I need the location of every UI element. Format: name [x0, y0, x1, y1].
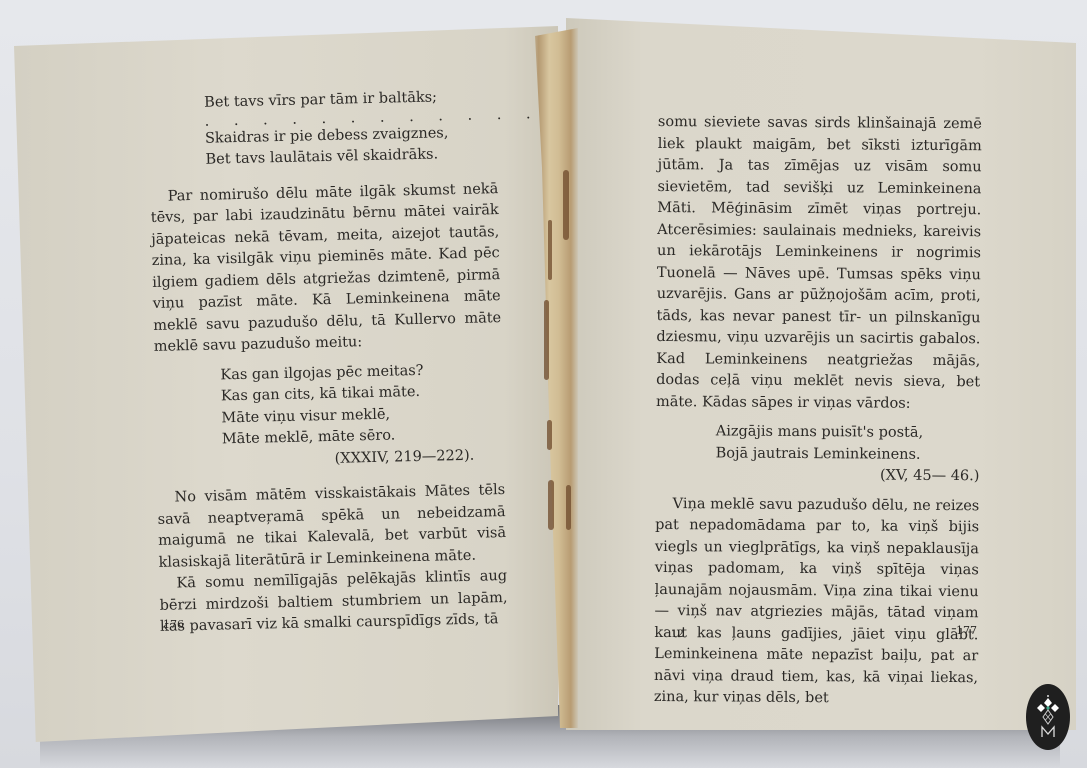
page-number-right: 177: [956, 624, 977, 637]
paragraph-text: Viņa meklē savu pazudušo dēlu, ne reizes…: [654, 493, 979, 710]
page-number-left: 176: [163, 618, 184, 631]
watermark-badge: [1026, 684, 1070, 750]
spine-stain: [563, 170, 569, 240]
signature-mark: 12: [671, 629, 684, 640]
paragraph-text: No visām mātēm visskaistākais Mātes tēls…: [157, 480, 507, 574]
paragraph: Par nomirušo dēlu māte ilgāk skumst nekā…: [150, 179, 502, 359]
paragraph-text: somu sieviete savas sirds klinšainajā ze…: [656, 112, 982, 415]
paragraph: No visām mātēm visskaistākais Mātes tēls…: [157, 480, 508, 638]
verse-top: Bet tavs vīrs par tām ir baltāks; . . . …: [148, 86, 498, 172]
paragraph: Viņa meklē savu pazudušo dēlu, ne reizes…: [654, 493, 979, 710]
spine-stain: [548, 480, 554, 530]
spine-stain: [544, 300, 549, 380]
verse-line: Aizgājis mans puisīt's postā,: [716, 421, 980, 444]
flower-diamond-m-logo-icon: [1033, 693, 1063, 741]
left-page-text: Bet tavs vīrs par tām ir baltāks; . . . …: [148, 86, 508, 638]
verse: Aizgājis mans puisīt's postā, Bojā jautr…: [656, 421, 980, 466]
spine-stain: [566, 485, 571, 530]
verse-middle: Kas gan ilgojas pēc meitas? Kas gan cits…: [154, 359, 504, 453]
paragraph: somu sieviete savas sirds klinšainajā ze…: [656, 112, 982, 415]
paragraph-text: Kā somu nemīlīgajās pelēkajās klintīs au…: [159, 566, 508, 638]
paragraph-text: Par nomirušo dēlu māte ilgāk skumst nekā…: [150, 179, 502, 359]
verse-line: Bojā jautrais Leminkeinens.: [716, 443, 980, 466]
spine-stain: [547, 420, 552, 450]
citation: (XV, 45— 46.): [655, 464, 979, 488]
spine-stain: [548, 220, 552, 280]
right-page-text: somu sieviete savas sirds klinšainajā ze…: [654, 112, 982, 711]
